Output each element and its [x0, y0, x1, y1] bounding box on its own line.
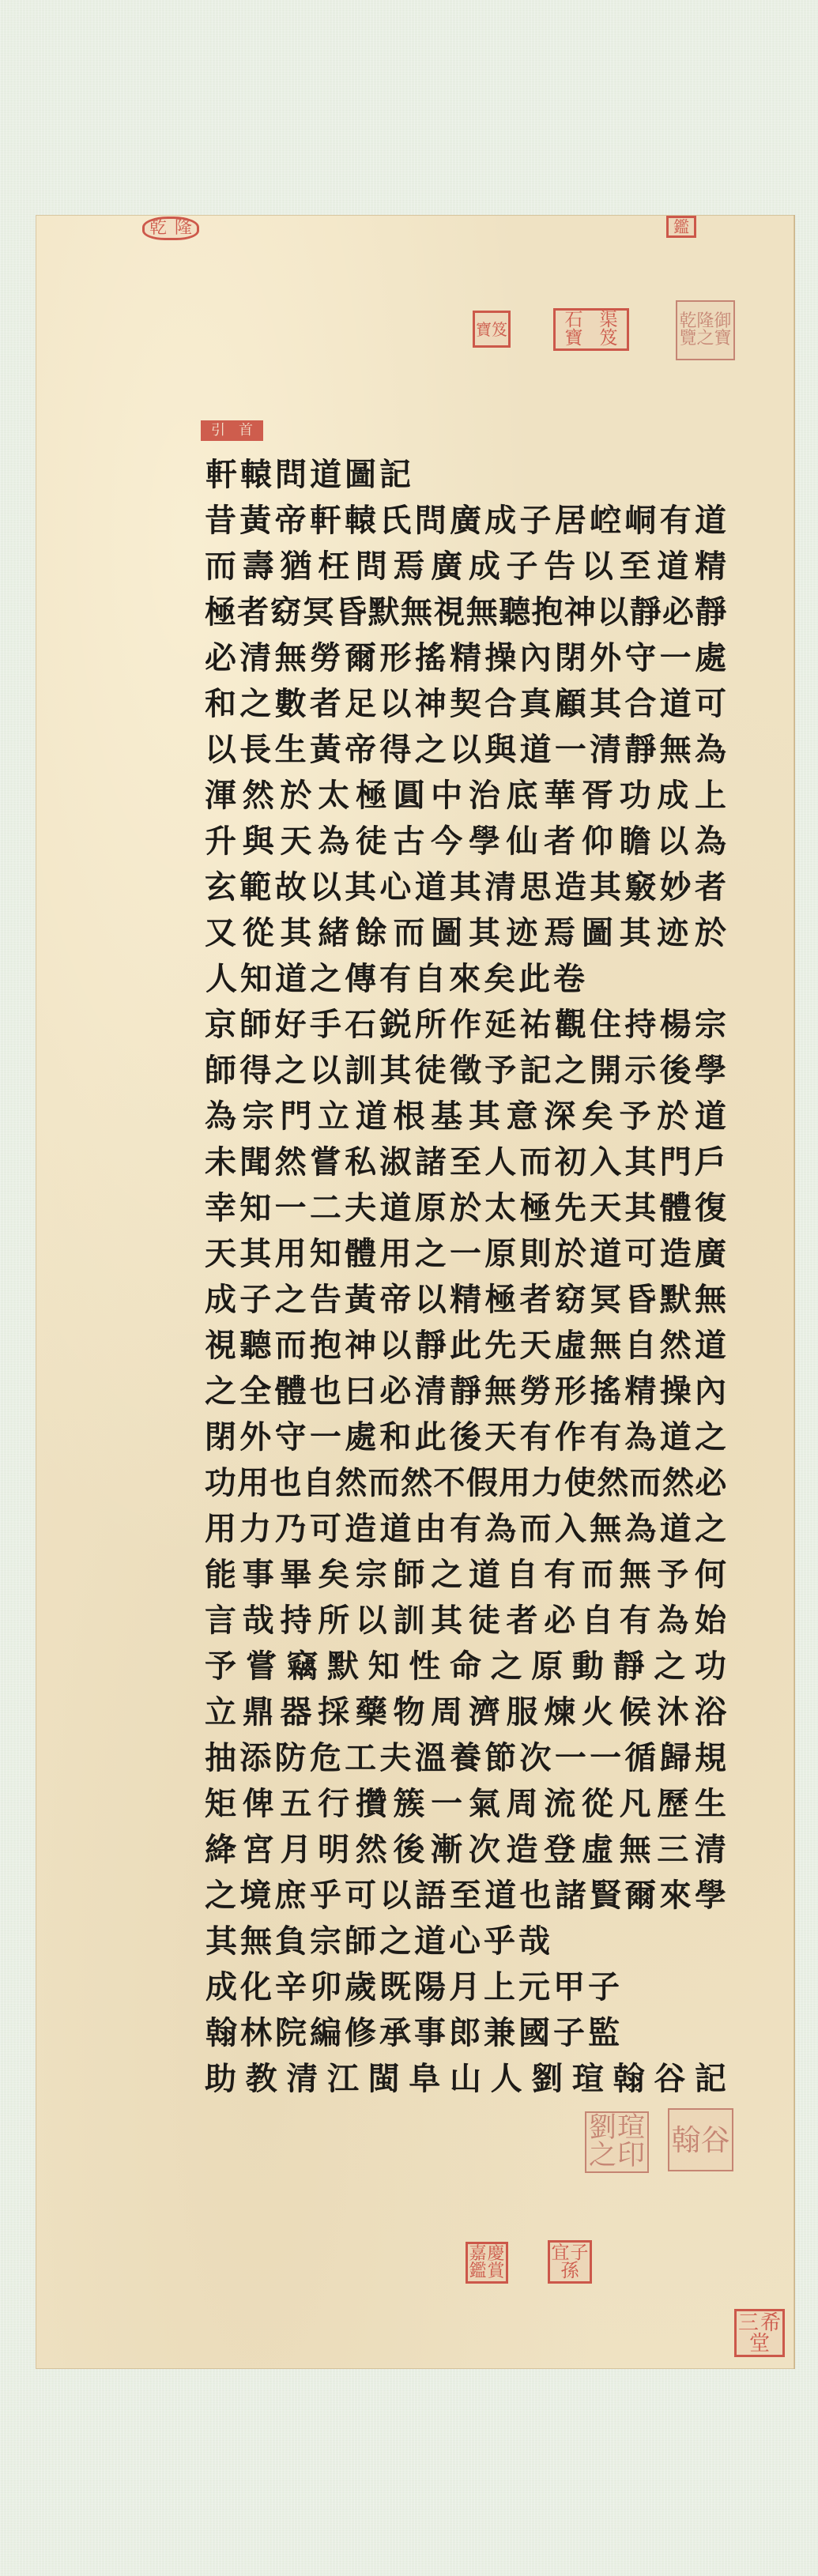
glyph: 之 — [414, 1229, 447, 1274]
text-line: 矩俾五行攢簇一氣周流從凡歷生 — [204, 1781, 727, 1821]
glyph: 俾 — [242, 1779, 275, 1824]
glyph: 師 — [239, 1000, 272, 1045]
text-line: 其無負宗師之道心乎哉 — [204, 1919, 552, 1958]
glyph: 知 — [368, 1641, 401, 1686]
glyph: 後 — [449, 1412, 482, 1457]
glyph: 道 — [659, 1412, 692, 1457]
glyph: 歲 — [343, 1962, 378, 2007]
text-line: 用力乃可造道由有為而入無為道之 — [204, 1506, 727, 1546]
glyph: 氏 — [379, 495, 412, 540]
glyph: 瑄 — [571, 2054, 605, 2099]
glyph: 其 — [430, 1595, 463, 1640]
glyph: 清 — [484, 862, 517, 907]
glyph: 學 — [694, 1870, 727, 1915]
glyph: 抽 — [204, 1733, 237, 1778]
glyph: 之 — [378, 1916, 413, 1961]
glyph: 添 — [239, 1733, 272, 1778]
glyph: 於 — [449, 1183, 482, 1228]
glyph: 於 — [656, 1091, 689, 1136]
glyph: 諸 — [554, 1870, 587, 1915]
glyph: 昔 — [204, 495, 237, 540]
seal-top-right-small: 鑑 — [666, 216, 696, 238]
glyph: 知 — [309, 1229, 342, 1274]
glyph: 歸 — [659, 1733, 692, 1778]
glyph: 默 — [659, 1275, 692, 1320]
seal-mid-row-2: 石渠寶笈 — [553, 308, 629, 351]
glyph: 清 — [694, 1825, 727, 1870]
glyph: 先 — [554, 1183, 587, 1228]
glyph: 閉 — [554, 633, 587, 678]
glyph: 必 — [662, 587, 694, 632]
glyph: 其 — [619, 908, 652, 953]
glyph: 石 — [344, 1000, 377, 1045]
glyph: 危 — [309, 1733, 342, 1778]
glyph: 其 — [279, 908, 312, 953]
glyph: 其 — [468, 1091, 501, 1136]
glyph: 數 — [274, 679, 307, 724]
glyph: 玄 — [204, 862, 237, 907]
glyph: 服 — [506, 1687, 539, 1732]
seal-mid-row-3: 乾隆御覽之寶 — [676, 300, 735, 360]
glyph: 和 — [204, 679, 237, 724]
glyph: 節 — [484, 1733, 517, 1778]
text-line: 玄範故以其心道其清思造其竅妙者 — [204, 864, 727, 904]
glyph: 長 — [239, 725, 272, 770]
glyph: 一 — [554, 725, 587, 770]
glyph: 崆 — [589, 495, 622, 540]
glyph: 造 — [554, 862, 587, 907]
glyph: 防 — [274, 1733, 307, 1778]
glyph: 冥 — [302, 587, 334, 632]
glyph: 然 — [659, 1320, 692, 1365]
glyph: 而 — [581, 1550, 614, 1595]
text-line: 成化辛卯歲既陽月上元甲子 — [204, 1964, 621, 2004]
glyph: 嘗 — [245, 1641, 278, 1686]
glyph: 然 — [335, 1458, 368, 1503]
glyph: 復 — [694, 1183, 727, 1228]
glyph: 宗 — [242, 1091, 275, 1136]
glyph: 者 — [543, 816, 576, 861]
glyph: 圓 — [392, 770, 425, 815]
glyph: 二 — [309, 1183, 342, 1228]
glyph: 徵 — [449, 1045, 482, 1090]
glyph: 為 — [204, 1091, 237, 1136]
glyph: 虛 — [554, 1320, 587, 1365]
glyph: 顧 — [554, 679, 587, 724]
glyph: 道 — [694, 495, 727, 540]
text-line: 予嘗竊默知性命之原動靜之功 — [204, 1644, 727, 1683]
glyph: 先 — [484, 1320, 517, 1365]
glyph: 中 — [430, 770, 463, 815]
glyph: 清 — [414, 1366, 447, 1411]
glyph: 神 — [564, 587, 596, 632]
text-line: 升與天為徒古今學仙者仰瞻以為 — [204, 819, 727, 858]
glyph: 妙 — [659, 862, 692, 907]
glyph: 有 — [543, 1550, 576, 1595]
glyph: 周 — [430, 1687, 463, 1732]
glyph: 於 — [279, 770, 312, 815]
glyph: 歷 — [656, 1779, 689, 1824]
glyph: 動 — [571, 1641, 605, 1686]
glyph: 帝 — [344, 725, 377, 770]
glyph: 鋭 — [379, 1000, 412, 1045]
glyph: 翰 — [613, 2054, 646, 2099]
glyph: 神 — [414, 679, 447, 724]
glyph: 工 — [344, 1733, 377, 1778]
glyph: 原 — [414, 1183, 447, 1228]
glyph: 嘗 — [309, 1137, 342, 1182]
glyph: 戶 — [694, 1137, 727, 1182]
glyph: 道 — [379, 1504, 412, 1549]
glyph: 國 — [517, 2008, 552, 2053]
glyph: 予 — [656, 1550, 689, 1595]
glyph: 原 — [484, 1229, 517, 1274]
glyph: 閩 — [368, 2054, 401, 2099]
glyph: 用 — [274, 1229, 307, 1274]
glyph: 也 — [519, 1870, 552, 1915]
glyph: 抱 — [531, 587, 564, 632]
glyph: 記 — [694, 2054, 727, 2099]
glyph: 黃 — [239, 495, 272, 540]
glyph: 可 — [344, 1870, 377, 1915]
glyph: 之 — [653, 1641, 686, 1686]
glyph: 得 — [379, 725, 412, 770]
glyph: 明 — [317, 1825, 350, 1870]
glyph: 窈 — [554, 1275, 587, 1320]
glyph: 枉 — [317, 541, 350, 586]
glyph: 卷 — [552, 954, 586, 999]
glyph: 淑 — [379, 1137, 412, 1182]
glyph: 天 — [484, 1412, 517, 1457]
glyph: 鼎 — [242, 1687, 275, 1732]
glyph: 昏 — [335, 587, 368, 632]
glyph: 然 — [355, 1825, 388, 1870]
glyph: 然 — [400, 1458, 432, 1503]
glyph: 底 — [506, 770, 539, 815]
glyph: 住 — [589, 1000, 622, 1045]
glyph: 其 — [589, 679, 622, 724]
text-line: 而壽猶枉問焉廣成子告以至道精 — [204, 544, 727, 583]
glyph: 自 — [413, 954, 447, 999]
glyph: 持 — [279, 1595, 312, 1640]
glyph: 不 — [433, 1458, 466, 1503]
glyph: 徒 — [468, 1595, 501, 1640]
glyph: 轅 — [239, 450, 273, 495]
glyph: 命 — [449, 1641, 482, 1686]
glyph: 足 — [344, 679, 377, 724]
glyph: 自 — [506, 1550, 539, 1595]
glyph: 也 — [309, 1366, 342, 1411]
glyph: 立 — [317, 1091, 350, 1136]
glyph: 處 — [344, 1412, 377, 1457]
glyph: 有 — [659, 495, 692, 540]
glyph: 其 — [204, 1916, 239, 1961]
glyph: 一 — [449, 1229, 482, 1274]
glyph: 默 — [368, 587, 400, 632]
glyph: 仰 — [581, 816, 614, 861]
glyph: 根 — [392, 1091, 425, 1136]
glyph: 為 — [624, 1412, 657, 1457]
glyph: 所 — [414, 1000, 447, 1045]
glyph: 門 — [659, 1137, 692, 1182]
glyph: 成 — [484, 495, 517, 540]
seal-bottom-seal-2: 宜子孫 — [548, 2240, 592, 2284]
glyph: 一 — [274, 1183, 307, 1228]
glyph: 無 — [466, 587, 498, 632]
glyph: 之 — [274, 1045, 307, 1090]
glyph: 徒 — [414, 1045, 447, 1090]
glyph: 從 — [581, 1779, 614, 1824]
glyph: 之 — [414, 725, 447, 770]
glyph: 始 — [694, 1595, 727, 1640]
glyph: 作 — [554, 1412, 587, 1457]
glyph: 為 — [484, 1504, 517, 1549]
glyph: 觀 — [554, 1000, 587, 1045]
glyph: 乎 — [309, 1870, 342, 1915]
glyph: 元 — [517, 1962, 552, 2007]
glyph: 之 — [274, 1275, 307, 1320]
glyph: 閉 — [204, 1412, 237, 1457]
glyph: 其 — [624, 1137, 657, 1182]
glyph: 之 — [204, 1366, 237, 1411]
glyph: 內 — [694, 1366, 727, 1411]
glyph: 體 — [274, 1366, 307, 1411]
glyph: 性 — [408, 1641, 441, 1686]
glyph: 沐 — [656, 1687, 689, 1732]
glyph: 次 — [519, 1733, 552, 1778]
glyph: 示 — [624, 1045, 657, 1090]
glyph: 窈 — [270, 587, 302, 632]
glyph: 道 — [414, 862, 447, 907]
glyph: 天 — [204, 1229, 237, 1274]
glyph: 學 — [694, 1045, 727, 1090]
glyph: 道 — [413, 1916, 447, 1961]
glyph: 事 — [413, 2008, 447, 2053]
glyph: 子 — [552, 2008, 586, 2053]
glyph: 哉 — [517, 1916, 552, 1961]
glyph: 問 — [414, 495, 447, 540]
glyph: 太 — [317, 770, 350, 815]
text-line: 極者窈冥昏默無視無聽抱神以靜必靜 — [204, 589, 727, 629]
text-line: 之全體也曰必清靜無勞形搖精操內 — [204, 1369, 727, 1408]
glyph: 天 — [589, 1183, 622, 1228]
glyph: 而 — [368, 1458, 400, 1503]
glyph: 黃 — [309, 725, 342, 770]
glyph: 合 — [484, 679, 517, 724]
glyph: 楊 — [659, 1000, 692, 1045]
glyph: 靜 — [414, 1320, 447, 1365]
glyph: 至 — [449, 1137, 482, 1182]
glyph: 來 — [447, 954, 482, 999]
glyph: 真 — [519, 679, 552, 724]
glyph: 為 — [694, 816, 727, 861]
glyph: 宗 — [694, 1000, 727, 1045]
glyph: 辛 — [273, 1962, 308, 2007]
glyph: 以 — [309, 862, 342, 907]
glyph: 軒 — [309, 495, 342, 540]
glyph: 靜 — [629, 587, 662, 632]
glyph: 又 — [204, 908, 237, 953]
glyph: 語 — [414, 1870, 447, 1915]
glyph: 勞 — [519, 1366, 552, 1411]
glyph: 翰 — [204, 2008, 239, 2053]
glyph: 一 — [430, 1779, 463, 1824]
glyph: 行 — [317, 1779, 350, 1824]
glyph: 可 — [624, 1229, 657, 1274]
glyph: 也 — [270, 1458, 302, 1503]
glyph: 用 — [236, 1458, 269, 1503]
glyph: 成 — [468, 541, 501, 586]
glyph: 清 — [285, 2054, 319, 2099]
glyph: 有 — [449, 1504, 482, 1549]
glyph: 予 — [484, 1045, 517, 1090]
glyph: 之 — [308, 954, 343, 999]
glyph: 者 — [694, 862, 727, 907]
glyph: 之 — [204, 1870, 237, 1915]
glyph: 外 — [239, 1412, 272, 1457]
glyph: 極 — [519, 1183, 552, 1228]
glyph: 後 — [392, 1825, 425, 1870]
glyph: 以 — [414, 1275, 447, 1320]
glyph: 從 — [242, 908, 275, 953]
glyph: 用 — [379, 1229, 412, 1274]
glyph: 之 — [694, 1412, 727, 1457]
glyph: 廣 — [449, 495, 482, 540]
glyph: 矩 — [204, 1779, 237, 1824]
glyph: 助 — [204, 2054, 237, 2099]
glyph: 有 — [589, 1412, 622, 1457]
seal-title-seal: 引首 — [201, 420, 263, 441]
glyph: 矣 — [317, 1550, 350, 1595]
glyph: 竊 — [285, 1641, 319, 1686]
glyph: 所 — [317, 1595, 350, 1640]
glyph: 壽 — [242, 541, 275, 586]
glyph: 靜 — [613, 1641, 646, 1686]
glyph: 者 — [519, 1275, 552, 1320]
glyph: 無 — [239, 1916, 273, 1961]
glyph: 此 — [449, 1320, 482, 1365]
glyph: 處 — [694, 633, 727, 678]
glyph: 上 — [482, 1962, 517, 2007]
glyph: 好 — [274, 1000, 307, 1045]
glyph: 上 — [694, 770, 727, 815]
glyph: 於 — [694, 908, 727, 953]
glyph: 問 — [355, 541, 388, 586]
glyph: 訓 — [344, 1045, 377, 1090]
glyph: 然 — [274, 1137, 307, 1182]
glyph: 生 — [694, 1779, 727, 1824]
glyph: 持 — [624, 1000, 657, 1045]
glyph: 立 — [204, 1687, 237, 1732]
seal-top-gourd: 乾隆 — [142, 217, 199, 240]
glyph: 知 — [239, 1183, 272, 1228]
glyph: 外 — [589, 633, 622, 678]
glyph: 傳 — [343, 954, 378, 999]
glyph: 以 — [597, 587, 629, 632]
glyph: 瞻 — [619, 816, 652, 861]
glyph: 渾 — [204, 770, 237, 815]
glyph: 能 — [204, 1550, 237, 1595]
glyph: 矣 — [482, 954, 517, 999]
glyph: 劉 — [530, 2054, 564, 2099]
glyph: 廣 — [430, 541, 463, 586]
glyph: 有 — [378, 954, 413, 999]
glyph: 京 — [204, 1000, 237, 1045]
glyph: 畢 — [279, 1550, 312, 1595]
text-line: 立鼎器採藥物周濟服煉火候沐浴 — [204, 1689, 727, 1729]
glyph: 有 — [519, 1412, 552, 1457]
glyph: 子 — [519, 495, 552, 540]
glyph: 子 — [506, 541, 539, 586]
text-line: 翰林院編修承事郎兼國子監 — [204, 2010, 621, 2050]
glyph: 胥 — [581, 770, 614, 815]
glyph: 焉 — [543, 908, 576, 953]
glyph: 問 — [273, 450, 308, 495]
glyph: 以 — [379, 1320, 412, 1365]
text-line: 絳宮月明然後漸次造登虛無三清 — [204, 1827, 727, 1866]
glyph: 操 — [659, 1366, 692, 1411]
glyph: 極 — [484, 1275, 517, 1320]
glyph: 升 — [204, 816, 237, 861]
glyph: 精 — [694, 541, 727, 586]
glyph: 一 — [589, 1733, 622, 1778]
glyph: 力 — [239, 1504, 272, 1549]
glyph: 無 — [484, 1366, 517, 1411]
glyph: 造 — [344, 1504, 377, 1549]
glyph: 帝 — [379, 1275, 412, 1320]
seal-author-seal-1: 劉瑄之印 — [585, 2111, 649, 2173]
glyph: 乃 — [274, 1504, 307, 1549]
seal-author-seal-2: 翰谷 — [668, 2108, 733, 2171]
glyph: 思 — [519, 862, 552, 907]
glyph: 靜 — [695, 587, 727, 632]
glyph: 清 — [239, 633, 272, 678]
glyph: 一 — [309, 1412, 342, 1457]
glyph: 此 — [517, 954, 552, 999]
glyph: 師 — [392, 1550, 425, 1595]
glyph: 浴 — [694, 1687, 727, 1732]
glyph: 聽 — [498, 587, 530, 632]
glyph: 全 — [239, 1366, 272, 1411]
glyph: 入 — [589, 1137, 622, 1182]
glyph: 無 — [619, 1825, 652, 1870]
glyph: 編 — [308, 2008, 343, 2053]
glyph: 人 — [204, 954, 239, 999]
glyph: 宮 — [242, 1825, 275, 1870]
glyph: 賢 — [589, 1870, 622, 1915]
glyph: 承 — [378, 2008, 413, 2053]
text-line: 渾然於太極圓中治底華胥功成上 — [204, 773, 727, 812]
glyph: 黃 — [344, 1275, 377, 1320]
glyph: 迹 — [506, 908, 539, 953]
glyph: 操 — [484, 633, 517, 678]
glyph: 靜 — [449, 1366, 482, 1411]
glyph: 道 — [694, 1091, 727, 1136]
glyph: 周 — [506, 1779, 539, 1824]
glyph: 聽 — [239, 1320, 272, 1365]
glyph: 其 — [449, 862, 482, 907]
glyph: 私 — [344, 1137, 377, 1182]
glyph: 故 — [274, 862, 307, 907]
glyph: 溫 — [414, 1733, 447, 1778]
text-line: 成子之告黃帝以精極者窈冥昏默無 — [204, 1277, 727, 1316]
glyph: 自 — [302, 1458, 334, 1503]
glyph: 必 — [204, 633, 237, 678]
glyph: 守 — [624, 633, 657, 678]
glyph: 漸 — [430, 1825, 463, 1870]
glyph: 道 — [694, 1320, 727, 1365]
glyph: 攢 — [355, 1779, 388, 1824]
